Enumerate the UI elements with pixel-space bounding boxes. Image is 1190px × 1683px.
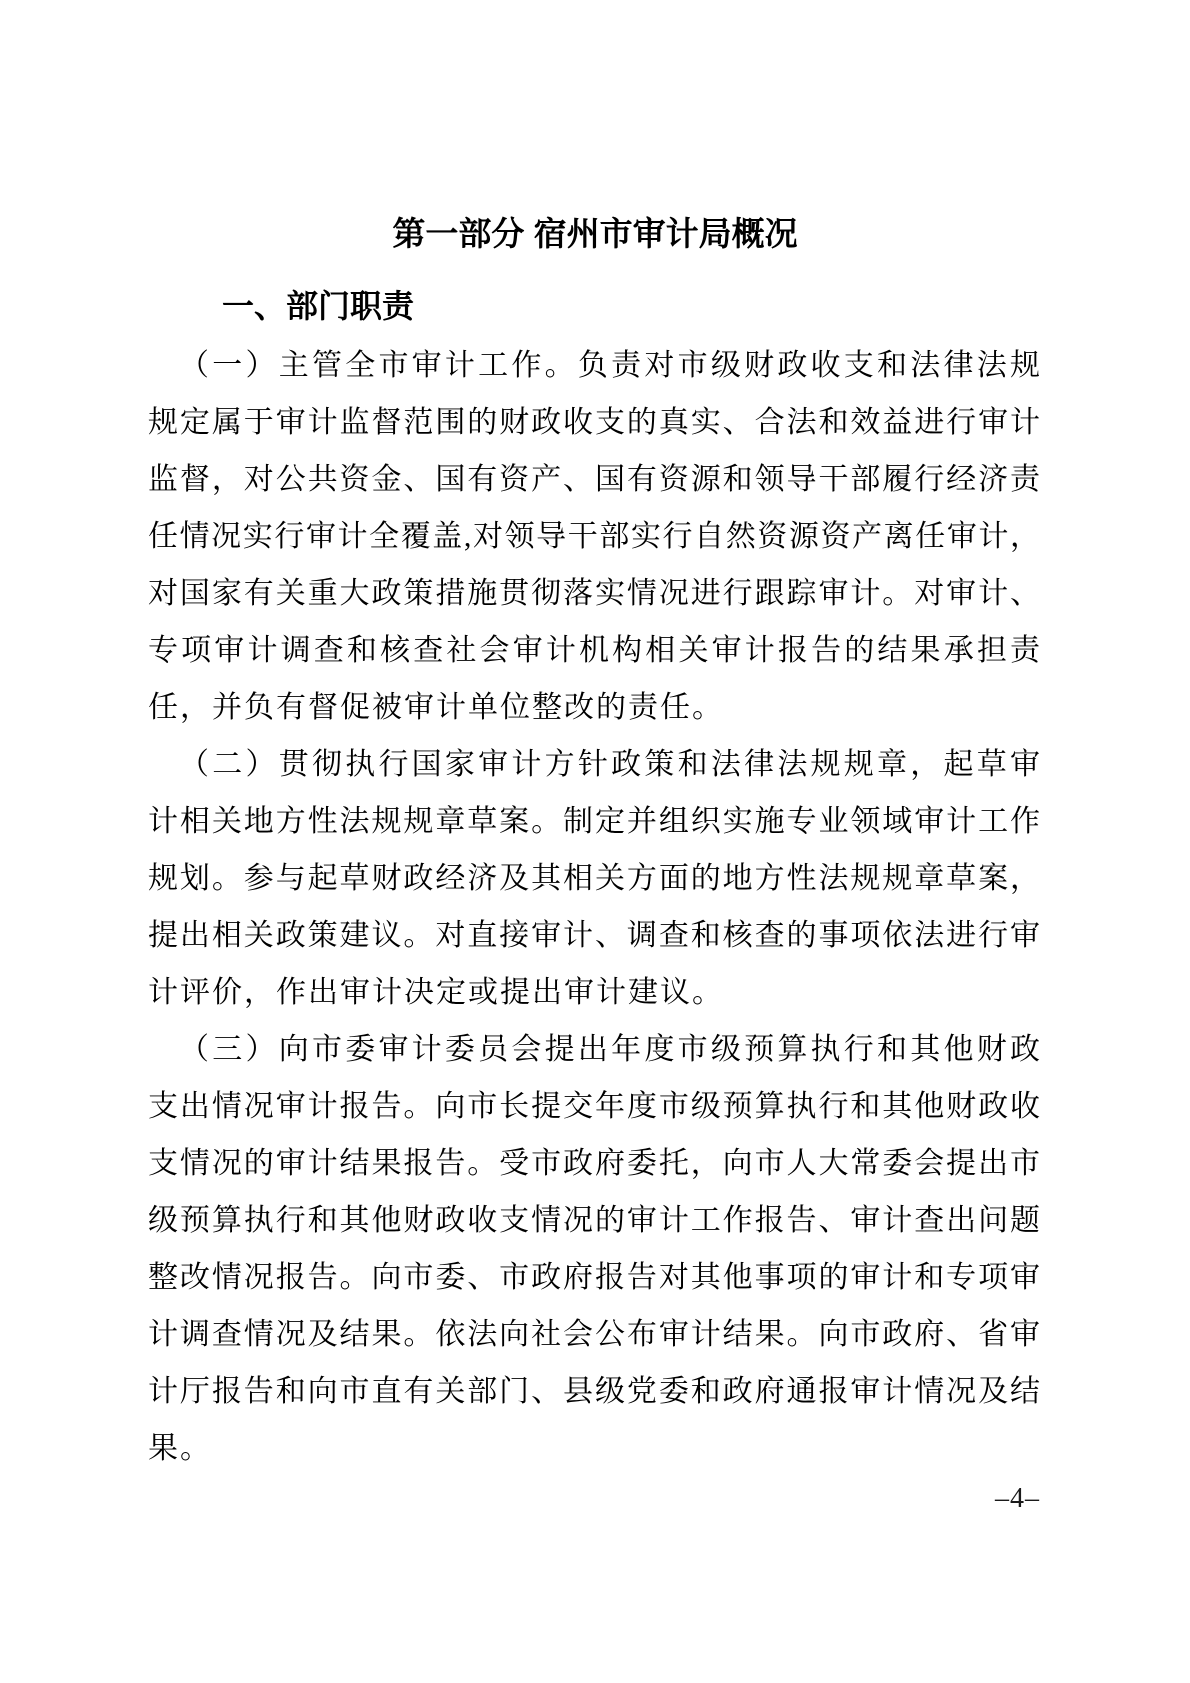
document-title: 第一部分 宿州市审计局概况 <box>0 212 1190 256</box>
page-number: –4– <box>995 1482 1040 1516</box>
para2-line4: 提出相关政策建议。对直接审计、调查和核查的事项依法进行审 <box>148 907 1040 964</box>
para3-line4: 级预算执行和其他财政收支情况的审计工作报告、审计查出问题 <box>148 1192 1040 1249</box>
para1-line7: 任，并负有督促被审计单位整改的责任。 <box>148 679 1040 736</box>
para3-line8: 果。 <box>148 1420 1040 1477</box>
para3-line1: （三）向市委审计委员会提出年度市级预算执行和其他财政 <box>148 1021 1040 1078</box>
para3-line6: 计调查情况及结果。依法向社会公布审计结果。向市政府、省审 <box>148 1306 1040 1363</box>
document-body: （一）主管全市审计工作。负责对市级财政收支和法律法规 规定属于审计监督范围的财政… <box>148 337 1040 1477</box>
para1-line2: 规定属于审计监督范围的财政收支的真实、合法和效益进行审计 <box>148 394 1040 451</box>
para3-line3: 支情况的审计结果报告。受市政府委托，向市人大常委会提出市 <box>148 1135 1040 1192</box>
para1-line3: 监督，对公共资金、国有资产、国有资源和领导干部履行经济责 <box>148 451 1040 508</box>
para1-line6: 专项审计调查和核查社会审计机构相关审计报告的结果承担责 <box>148 622 1040 679</box>
para3-line2: 支出情况审计报告。向市长提交年度市级预算执行和其他财政收 <box>148 1078 1040 1135</box>
para2-line5: 计评价，作出审计决定或提出审计建议。 <box>148 964 1040 1021</box>
para1-line4: 任情况实行审计全覆盖,对领导干部实行自然资源资产离任审计， <box>148 508 1040 565</box>
para2-line3: 规划。参与起草财政经济及其相关方面的地方性法规规章草案， <box>148 850 1040 907</box>
section-heading: 一、部门职责 <box>222 286 414 326</box>
para2-line1: （二）贯彻执行国家审计方针政策和法律法规规章，起草审 <box>148 736 1040 793</box>
document-page: 第一部分 宿州市审计局概况 一、部门职责 （一）主管全市审计工作。负责对市级财政… <box>0 0 1190 1683</box>
para1-line1: （一）主管全市审计工作。负责对市级财政收支和法律法规 <box>148 337 1040 394</box>
para1-line5: 对国家有关重大政策措施贯彻落实情况进行跟踪审计。对审计、 <box>148 565 1040 622</box>
para3-line7: 计厅报告和向市直有关部门、县级党委和政府通报审计情况及结 <box>148 1363 1040 1420</box>
para3-line5: 整改情况报告。向市委、市政府报告对其他事项的审计和专项审 <box>148 1249 1040 1306</box>
para2-line2: 计相关地方性法规规章草案。制定并组织实施专业领域审计工作 <box>148 793 1040 850</box>
